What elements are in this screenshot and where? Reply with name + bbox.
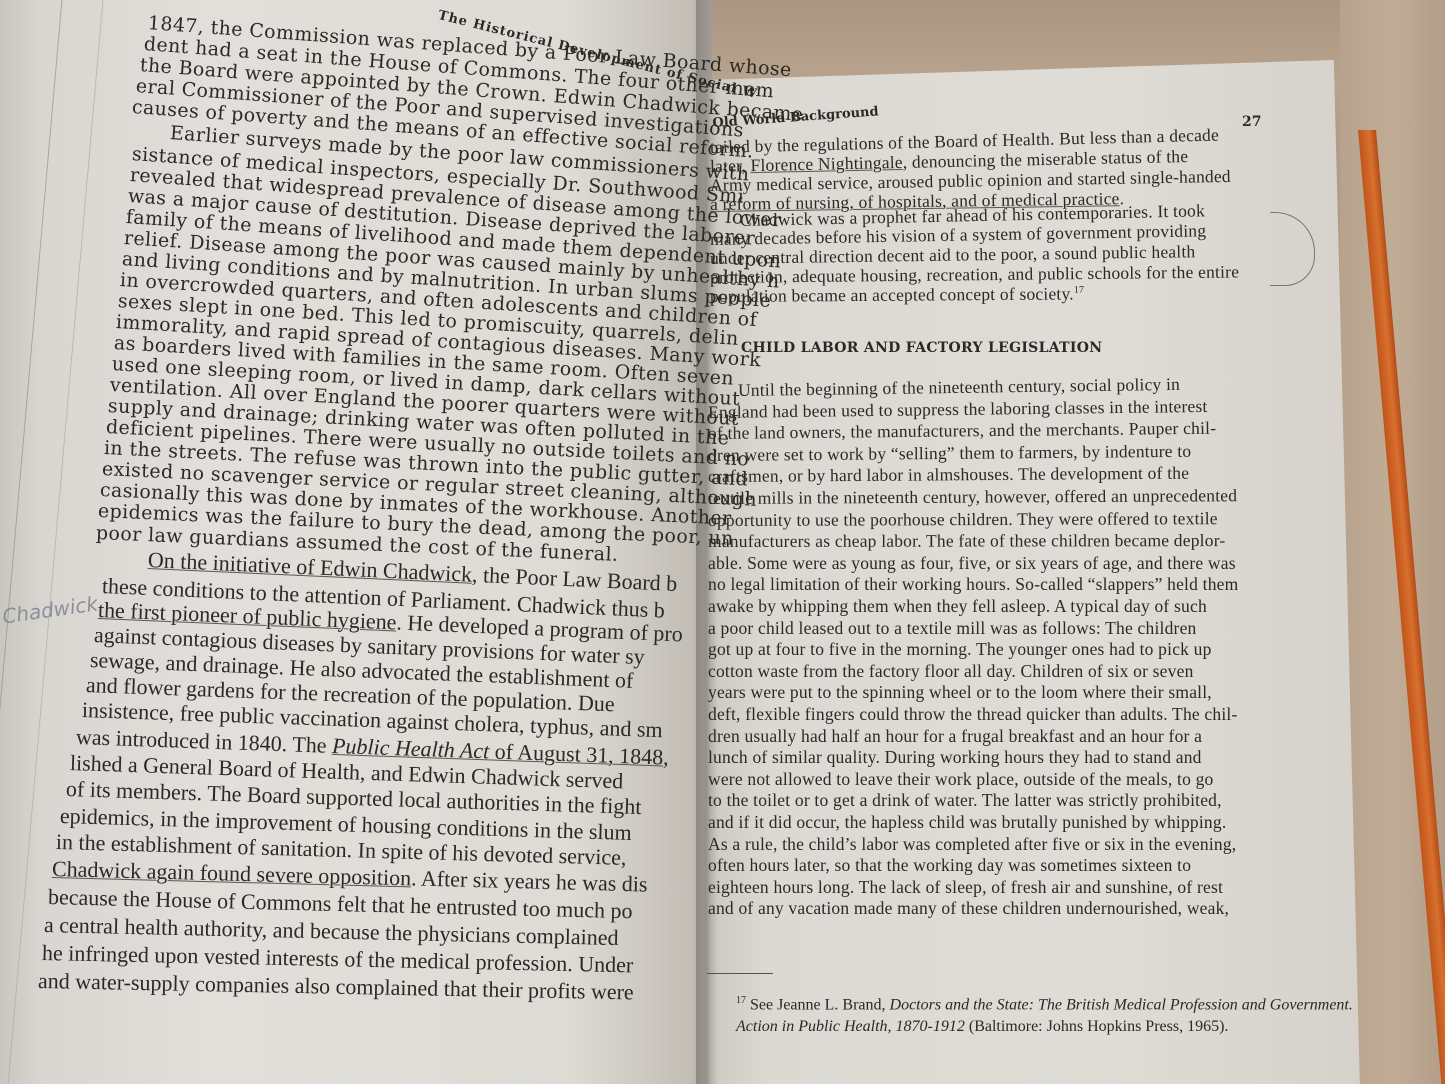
text-line: population became an accepted concept of… — [710, 283, 1084, 307]
text-line: were not allowed to leave their work pla… — [708, 769, 1214, 790]
text-line: often hours later, so that the working d… — [708, 855, 1191, 876]
footnote: 17 See Jeanne L. Brand, Doctors and the … — [736, 990, 1376, 1038]
text-line: manufacturers as cheap labor. The fate o… — [708, 530, 1225, 552]
footnote-rule — [707, 973, 773, 974]
section-heading: CHILD LABOR AND FACTORY LEGISLATION — [741, 340, 1102, 356]
text-line: textile mills in the nineteenth century,… — [708, 485, 1237, 509]
text-line: and if it did occur, the hapless child w… — [708, 812, 1226, 833]
text-line: eighteen hours long. The lack of sleep, … — [708, 877, 1223, 898]
footnote-number: 17 — [736, 995, 746, 1006]
book-photo: The Historical Development of Social W 1… — [0, 0, 1445, 1084]
text-line: to the toilet or to get a drink of water… — [708, 790, 1222, 811]
page-number: 27 — [1242, 114, 1261, 130]
text-line: and of any vacation made many of these c… — [708, 898, 1229, 919]
text-line: dren usually had half an hour for a frug… — [708, 726, 1202, 747]
text-line: a poor child leased out to a textile mil… — [708, 618, 1197, 639]
text-line: dren were set to work by “selling” them … — [708, 441, 1191, 466]
text-line: awake by whipping them when they fell as… — [708, 596, 1207, 617]
text-line: got up at four to five in the morning. T… — [708, 639, 1212, 660]
text-line: opportunity to use the poorhouse childre… — [708, 508, 1218, 531]
text-line: cotton waste from the factory floor all … — [708, 661, 1194, 682]
footnote-prefix: See Jeanne L. Brand, — [750, 996, 890, 1013]
text-line: no legal limitation of their working hou… — [708, 574, 1238, 595]
text-line: As a rule, the child’s labor was complet… — [708, 834, 1236, 855]
text-line: able. Some were as young as four, five, … — [708, 553, 1236, 574]
text-line: years were put to the spinning wheel or … — [708, 682, 1212, 703]
text-line: craftsmen, or by hard labor in almshouse… — [708, 463, 1189, 487]
text-line: deft, flexible fingers could throw the t… — [708, 704, 1238, 725]
footnote-suffix: (Baltimore: Johns Hopkins Press, 1965). — [965, 1018, 1229, 1035]
text-line: lunch of similar quality. During working… — [708, 747, 1202, 768]
